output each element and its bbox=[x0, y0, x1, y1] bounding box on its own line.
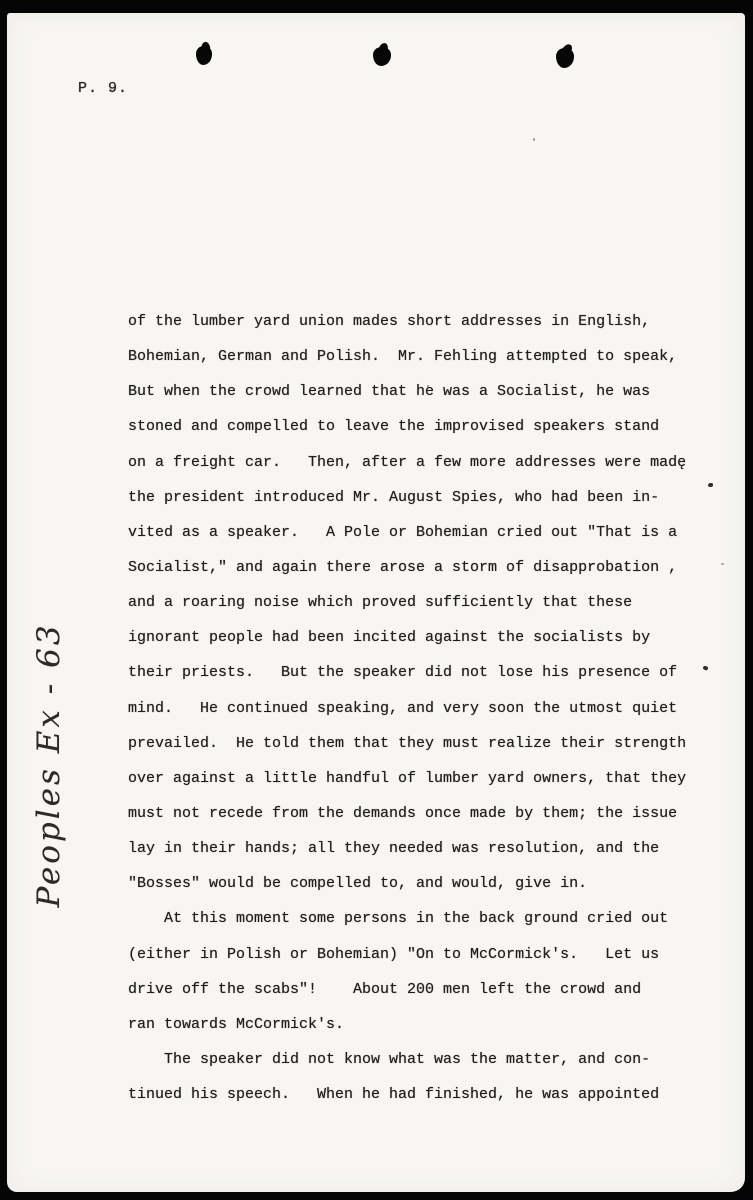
typed-line: must not recede from the demands once ma… bbox=[128, 796, 752, 831]
typed-line: over against a little handful of lumber … bbox=[128, 761, 752, 796]
typed-line: of the lumber yard union mades short add… bbox=[128, 304, 752, 339]
typed-line: "Bosses" would be compelled to, and woul… bbox=[128, 866, 752, 901]
typed-line: vited as a speaker. A Pole or Bohemian c… bbox=[128, 515, 752, 550]
typed-line: and a roaring noise which proved suffici… bbox=[128, 585, 752, 620]
scan-smudge bbox=[109, 87, 116, 92]
ink-blot-right bbox=[556, 48, 574, 68]
typed-line: At this moment some persons in the back … bbox=[128, 901, 752, 936]
typed-line: The speaker did not know what was the ma… bbox=[128, 1042, 752, 1077]
typed-line: drive off the scabs"! About 200 men left… bbox=[128, 972, 752, 1007]
typed-line: Bohemian, German and Polish. Mr. Fehling… bbox=[128, 339, 752, 374]
typed-line: mind. He continued speaking, and very so… bbox=[128, 691, 752, 726]
typed-line: stoned and compelled to leave the improv… bbox=[128, 409, 752, 444]
exhibit-stamp-handwriting: Peoples Ex - 63 bbox=[31, 622, 67, 907]
typed-text-block: of the lumber yard union mades short add… bbox=[128, 304, 752, 1112]
page-number: P. 9. bbox=[78, 80, 128, 97]
typed-line: prevailed. He told them that they must r… bbox=[128, 726, 752, 761]
scan-speck bbox=[427, 385, 429, 387]
scan-speck bbox=[708, 483, 713, 487]
typed-line: Socialist," and again there arose a stor… bbox=[128, 550, 752, 585]
scan-speck bbox=[721, 563, 724, 565]
ink-blot-left bbox=[196, 46, 212, 65]
typed-line: on a freight car. Then, after a few more… bbox=[128, 445, 752, 480]
typed-line: But when the crowd learned that he was a… bbox=[128, 374, 752, 409]
scan-speck bbox=[533, 138, 535, 141]
typed-line: ignorant people had been incited against… bbox=[128, 620, 752, 655]
typed-line: lay in their hands; all they needed was … bbox=[128, 831, 752, 866]
typed-line: (either in Polish or Bohemian) "On to Mc… bbox=[128, 937, 752, 972]
scanned-page: P. 9. Peoples Ex - 63 of the lumber yard… bbox=[0, 0, 753, 1200]
typed-line: ran towards McCormick's. bbox=[128, 1007, 752, 1042]
paper-sheet: P. 9. Peoples Ex - 63 of the lumber yard… bbox=[7, 13, 745, 1192]
typed-line: their priests. But the speaker did not l… bbox=[128, 655, 752, 690]
typed-line: tinued his speech. When he had finished,… bbox=[128, 1077, 752, 1112]
ink-blot-center bbox=[373, 47, 391, 66]
typed-line: the president introduced Mr. August Spie… bbox=[128, 480, 752, 515]
